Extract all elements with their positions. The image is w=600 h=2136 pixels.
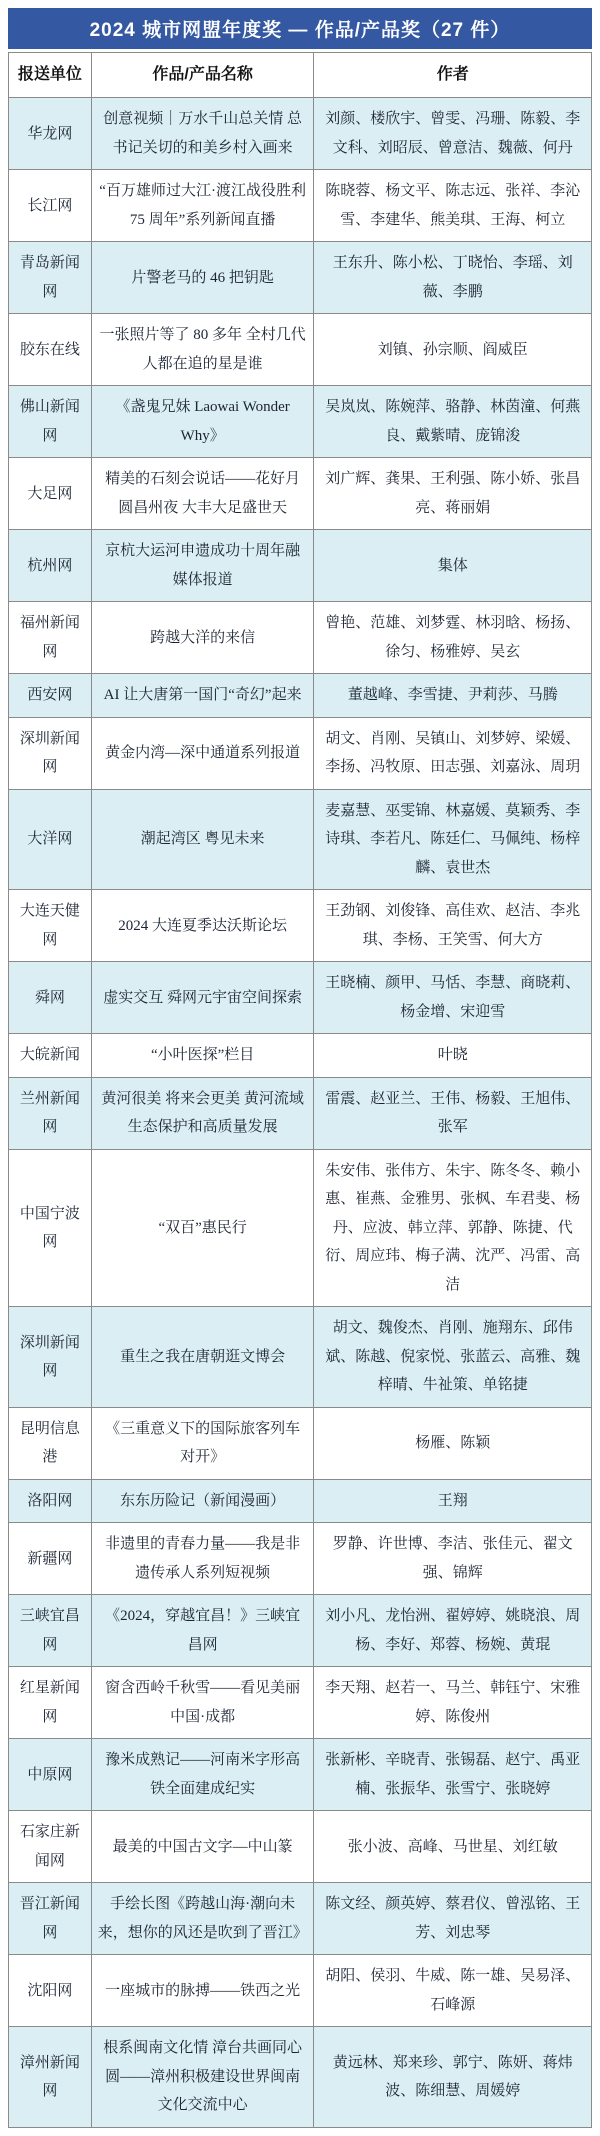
table-row: 舜网 虚实交互 舜网元宇宙空间探索 王晓楠、颜甲、马恬、李慧、商晓莉、杨金增、宋… bbox=[9, 962, 592, 1034]
table-row: 大皖新闻 “小叶医探”栏目 叶晓 bbox=[9, 1034, 592, 1078]
unit-cell: 石家庄新闻网 bbox=[9, 1811, 92, 1883]
table-row: 杭州网 京杭大运河申遗成功十周年融媒体报道 集体 bbox=[9, 530, 592, 602]
authors-cell: 张小波、高峰、马世星、刘红敏 bbox=[314, 1811, 592, 1883]
work-cell: “小叶医探”栏目 bbox=[91, 1034, 314, 1078]
work-cell: 一座城市的脉搏——铁西之光 bbox=[91, 1955, 314, 2027]
table-row: 三峡宜昌网 《2024，穿越宜昌！》三峡宜昌网 刘小凡、龙怡洲、翟婷婷、姚晓浪、… bbox=[9, 1595, 592, 1667]
table-row: 中原网 豫米成熟记——河南米字形高铁全面建成纪实 张新彬、辛晓青、张锡磊、赵宁、… bbox=[9, 1739, 592, 1811]
authors-cell: 罗静、许世博、李洁、张佳元、翟文强、锦辉 bbox=[314, 1523, 592, 1595]
authors-cell: 吴岚岚、陈婉萍、骆静、林茵潼、何燕良、戴紫晴、庞锦浚 bbox=[314, 386, 592, 458]
authors-cell: 李天翔、赵若一、马兰、韩钰宁、宋雅婷、陈俊州 bbox=[314, 1667, 592, 1739]
work-cell: 精美的石刻会说话——花好月圆昌州夜 大丰大足盛世天 bbox=[91, 458, 314, 530]
table-row: 新疆网 非遗里的青春力量——我是非遗传承人系列短视频 罗静、许世博、李洁、张佳元… bbox=[9, 1523, 592, 1595]
column-header-unit: 报送单位 bbox=[9, 53, 92, 98]
table-row: 中国宁波网 “双百”惠民行 朱安伟、张伟方、朱宇、陈冬冬、赖小惠、崔燕、金雅男、… bbox=[9, 1149, 592, 1307]
work-cell: “百万雄师过大江·渡江战役胜利 75 周年”系列新闻直播 bbox=[91, 170, 314, 242]
authors-cell: 刘小凡、龙怡洲、翟婷婷、姚晓浪、周杨、李好、郑蓉、杨婉、黄琨 bbox=[314, 1595, 592, 1667]
work-cell: 豫米成熟记——河南米字形高铁全面建成纪实 bbox=[91, 1739, 314, 1811]
work-cell: 窗含西岭千秋雪——看见美丽中国·成都 bbox=[91, 1667, 314, 1739]
work-cell: 创意视频｜万水千山总关情 总书记关切的和美乡村入画来 bbox=[91, 98, 314, 170]
authors-cell: 刘颜、楼欣宇、曾雯、冯珊、陈毅、李文科、刘昭辰、曾意洁、魏薇、何丹 bbox=[314, 98, 592, 170]
column-header-work: 作品/产品名称 bbox=[91, 53, 314, 98]
unit-cell: 洛阳网 bbox=[9, 1479, 92, 1523]
table-header: 报送单位 作品/产品名称 作者 bbox=[9, 53, 592, 98]
work-cell: 手绘长图《跨越山海·潮向未来，想你的风还是吹到了晋江》 bbox=[91, 1883, 314, 1955]
authors-cell: 朱安伟、张伟方、朱宇、陈冬冬、赖小惠、崔燕、金雅男、张枫、车君斐、杨丹、应波、韩… bbox=[314, 1149, 592, 1307]
unit-cell: 佛山新闻网 bbox=[9, 386, 92, 458]
work-cell: 跨越大洋的来信 bbox=[91, 602, 314, 674]
work-cell: 根系闽南文化情 漳台共画同心圆——漳州积极建设世界闽南文化交流中心 bbox=[91, 2027, 314, 2128]
authors-cell: 董越峰、李雪捷、尹莉莎、马腾 bbox=[314, 674, 592, 718]
authors-cell: 张新彬、辛晓青、张锡磊、赵宁、禹亚楠、张振华、张雪宁、张晓婷 bbox=[314, 1739, 592, 1811]
authors-cell: 陈晓蓉、杨文平、陈志远、张祥、李沁雪、李建华、熊美琪、王海、柯立 bbox=[314, 170, 592, 242]
work-cell: 潮起湾区 粤见未来 bbox=[91, 789, 314, 890]
work-cell: 《三重意义下的国际旅客列车对开》 bbox=[91, 1407, 314, 1479]
authors-cell: 雷震、赵亚兰、王伟、杨毅、王旭伟、张军 bbox=[314, 1077, 592, 1149]
work-cell: 京杭大运河申遗成功十周年融媒体报道 bbox=[91, 530, 314, 602]
work-cell: 东东历险记（新闻漫画） bbox=[91, 1479, 314, 1523]
table-row: 石家庄新闻网 最美的中国古文字—中山篆 张小波、高峰、马世星、刘红敏 bbox=[9, 1811, 592, 1883]
column-header-authors: 作者 bbox=[314, 53, 592, 98]
unit-cell: 胶东在线 bbox=[9, 314, 92, 386]
table-row: 晋江新闻网 手绘长图《跨越山海·潮向未来，想你的风还是吹到了晋江》 陈文经、颜英… bbox=[9, 1883, 592, 1955]
table-row: 西安网 AI 让大唐第一国门“奇幻”起来 董越峰、李雪捷、尹莉莎、马腾 bbox=[9, 674, 592, 718]
unit-cell: 杭州网 bbox=[9, 530, 92, 602]
work-cell: “双百”惠民行 bbox=[91, 1149, 314, 1307]
table-row: 深圳新闻网 黄金内湾—深中通道系列报道 胡文、肖刚、吴镇山、刘梦婷、梁媛、李扬、… bbox=[9, 717, 592, 789]
unit-cell: 中国宁波网 bbox=[9, 1149, 92, 1307]
table-row: 大洋网 潮起湾区 粤见未来 麦嘉慧、巫雯锦、林嘉媛、莫颖秀、李诗琪、李若凡、陈廷… bbox=[9, 789, 592, 890]
authors-cell: 叶晓 bbox=[314, 1034, 592, 1078]
authors-cell: 王劲钢、刘俊锋、高佳欢、赵洁、李兆琪、李杨、王笑雪、何大方 bbox=[314, 890, 592, 962]
authors-cell: 胡文、魏俊杰、肖刚、施翔东、邱伟斌、陈越、倪家悦、张蓝云、高雅、魏梓晴、牛祉策、… bbox=[314, 1307, 592, 1408]
table-row: 长江网 “百万雄师过大江·渡江战役胜利 75 周年”系列新闻直播 陈晓蓉、杨文平… bbox=[9, 170, 592, 242]
work-cell: 非遗里的青春力量——我是非遗传承人系列短视频 bbox=[91, 1523, 314, 1595]
authors-cell: 黄远林、郑来珍、郭宁、陈妍、蒋炜波、陈细慧、周媛婷 bbox=[314, 2027, 592, 2128]
work-cell: 重生之我在唐朝逛文博会 bbox=[91, 1307, 314, 1408]
unit-cell: 三峡宜昌网 bbox=[9, 1595, 92, 1667]
table-row: 青岛新闻网 片警老马的 46 把钥匙 王东升、陈小松、丁晓怡、李瑶、刘薇、李鹏 bbox=[9, 242, 592, 314]
unit-cell: 红星新闻网 bbox=[9, 1667, 92, 1739]
work-cell: AI 让大唐第一国门“奇幻”起来 bbox=[91, 674, 314, 718]
unit-cell: 大皖新闻 bbox=[9, 1034, 92, 1078]
work-cell: 《2024，穿越宜昌！》三峡宜昌网 bbox=[91, 1595, 314, 1667]
authors-cell: 杨雁、陈颖 bbox=[314, 1407, 592, 1479]
unit-cell: 晋江新闻网 bbox=[9, 1883, 92, 1955]
table-row: 大足网 精美的石刻会说话——花好月圆昌州夜 大丰大足盛世天 刘广辉、龚果、王利强… bbox=[9, 458, 592, 530]
unit-cell: 青岛新闻网 bbox=[9, 242, 92, 314]
authors-cell: 刘镇、孙宗顺、阎威臣 bbox=[314, 314, 592, 386]
table-row: 昆明信息港 《三重意义下的国际旅客列车对开》 杨雁、陈颖 bbox=[9, 1407, 592, 1479]
unit-cell: 华龙网 bbox=[9, 98, 92, 170]
unit-cell: 舜网 bbox=[9, 962, 92, 1034]
unit-cell: 新疆网 bbox=[9, 1523, 92, 1595]
authors-cell: 胡阳、侯羽、牛威、陈一雄、吴易泽、石峰源 bbox=[314, 1955, 592, 2027]
unit-cell: 沈阳网 bbox=[9, 1955, 92, 2027]
work-cell: 2024 大连夏季达沃斯论坛 bbox=[91, 890, 314, 962]
authors-cell: 王东升、陈小松、丁晓怡、李瑶、刘薇、李鹏 bbox=[314, 242, 592, 314]
table-row: 大连天健网 2024 大连夏季达沃斯论坛 王劲钢、刘俊锋、高佳欢、赵洁、李兆琪、… bbox=[9, 890, 592, 962]
unit-cell: 大洋网 bbox=[9, 789, 92, 890]
unit-cell: 昆明信息港 bbox=[9, 1407, 92, 1479]
authors-cell: 曾艳、范雄、刘梦霆、林羽晗、杨扬、徐匀、杨雅婷、吴玄 bbox=[314, 602, 592, 674]
table-row: 华龙网 创意视频｜万水千山总关情 总书记关切的和美乡村入画来 刘颜、楼欣宇、曾雯… bbox=[9, 98, 592, 170]
unit-cell: 深圳新闻网 bbox=[9, 1307, 92, 1408]
authors-cell: 胡文、肖刚、吴镇山、刘梦婷、梁媛、李扬、冯牧原、田志强、刘嘉泳、周玥 bbox=[314, 717, 592, 789]
unit-cell: 漳州新闻网 bbox=[9, 2027, 92, 2128]
table-body: 华龙网 创意视频｜万水千山总关情 总书记关切的和美乡村入画来 刘颜、楼欣宇、曾雯… bbox=[9, 98, 592, 2128]
work-cell: 《盏鬼兄妹 Laowai Wonder Why》 bbox=[91, 386, 314, 458]
table-row: 福州新闻网 跨越大洋的来信 曾艳、范雄、刘梦霆、林羽晗、杨扬、徐匀、杨雅婷、吴玄 bbox=[9, 602, 592, 674]
awards-table: 报送单位 作品/产品名称 作者 华龙网 创意视频｜万水千山总关情 总书记关切的和… bbox=[8, 52, 592, 2128]
table-row: 红星新闻网 窗含西岭千秋雪——看见美丽中国·成都 李天翔、赵若一、马兰、韩钰宁、… bbox=[9, 1667, 592, 1739]
table-row: 兰州新闻网 黄河很美 将来会更美 黄河流域生态保护和高质量发展 雷震、赵亚兰、王… bbox=[9, 1077, 592, 1149]
unit-cell: 大连天健网 bbox=[9, 890, 92, 962]
table-row: 漳州新闻网 根系闽南文化情 漳台共画同心圆——漳州积极建设世界闽南文化交流中心 … bbox=[9, 2027, 592, 2128]
unit-cell: 西安网 bbox=[9, 674, 92, 718]
work-cell: 黄金内湾—深中通道系列报道 bbox=[91, 717, 314, 789]
unit-cell: 长江网 bbox=[9, 170, 92, 242]
authors-cell: 王翔 bbox=[314, 1479, 592, 1523]
table-row: 深圳新闻网 重生之我在唐朝逛文博会 胡文、魏俊杰、肖刚、施翔东、邱伟斌、陈越、倪… bbox=[9, 1307, 592, 1408]
unit-cell: 福州新闻网 bbox=[9, 602, 92, 674]
authors-cell: 麦嘉慧、巫雯锦、林嘉媛、莫颖秀、李诗琪、李若凡、陈廷仁、马佩纯、杨梓麟、袁世杰 bbox=[314, 789, 592, 890]
work-cell: 最美的中国古文字—中山篆 bbox=[91, 1811, 314, 1883]
table-row: 佛山新闻网 《盏鬼兄妹 Laowai Wonder Why》 吴岚岚、陈婉萍、骆… bbox=[9, 386, 592, 458]
unit-cell: 中原网 bbox=[9, 1739, 92, 1811]
work-cell: 一张照片等了 80 多年 全村几代人都在追的星是谁 bbox=[91, 314, 314, 386]
authors-cell: 集体 bbox=[314, 530, 592, 602]
table-row: 沈阳网 一座城市的脉搏——铁西之光 胡阳、侯羽、牛威、陈一雄、吴易泽、石峰源 bbox=[9, 1955, 592, 2027]
unit-cell: 大足网 bbox=[9, 458, 92, 530]
unit-cell: 深圳新闻网 bbox=[9, 717, 92, 789]
unit-cell: 兰州新闻网 bbox=[9, 1077, 92, 1149]
header-row: 报送单位 作品/产品名称 作者 bbox=[9, 53, 592, 98]
table-row: 胶东在线 一张照片等了 80 多年 全村几代人都在追的星是谁 刘镇、孙宗顺、阎威… bbox=[9, 314, 592, 386]
work-cell: 黄河很美 将来会更美 黄河流域生态保护和高质量发展 bbox=[91, 1077, 314, 1149]
authors-cell: 王晓楠、颜甲、马恬、李慧、商晓莉、杨金增、宋迎雪 bbox=[314, 962, 592, 1034]
page-title: 2024 城市网盟年度奖 — 作品/产品奖（27 件） bbox=[8, 8, 592, 49]
work-cell: 片警老马的 46 把钥匙 bbox=[91, 242, 314, 314]
authors-cell: 陈文经、颜英婷、蔡君仪、曾泓铭、王芳、刘忠琴 bbox=[314, 1883, 592, 1955]
work-cell: 虚实交互 舜网元宇宙空间探索 bbox=[91, 962, 314, 1034]
authors-cell: 刘广辉、龚果、王利强、陈小娇、张昌亮、蒋丽娟 bbox=[314, 458, 592, 530]
table-row: 洛阳网 东东历险记（新闻漫画） 王翔 bbox=[9, 1479, 592, 1523]
